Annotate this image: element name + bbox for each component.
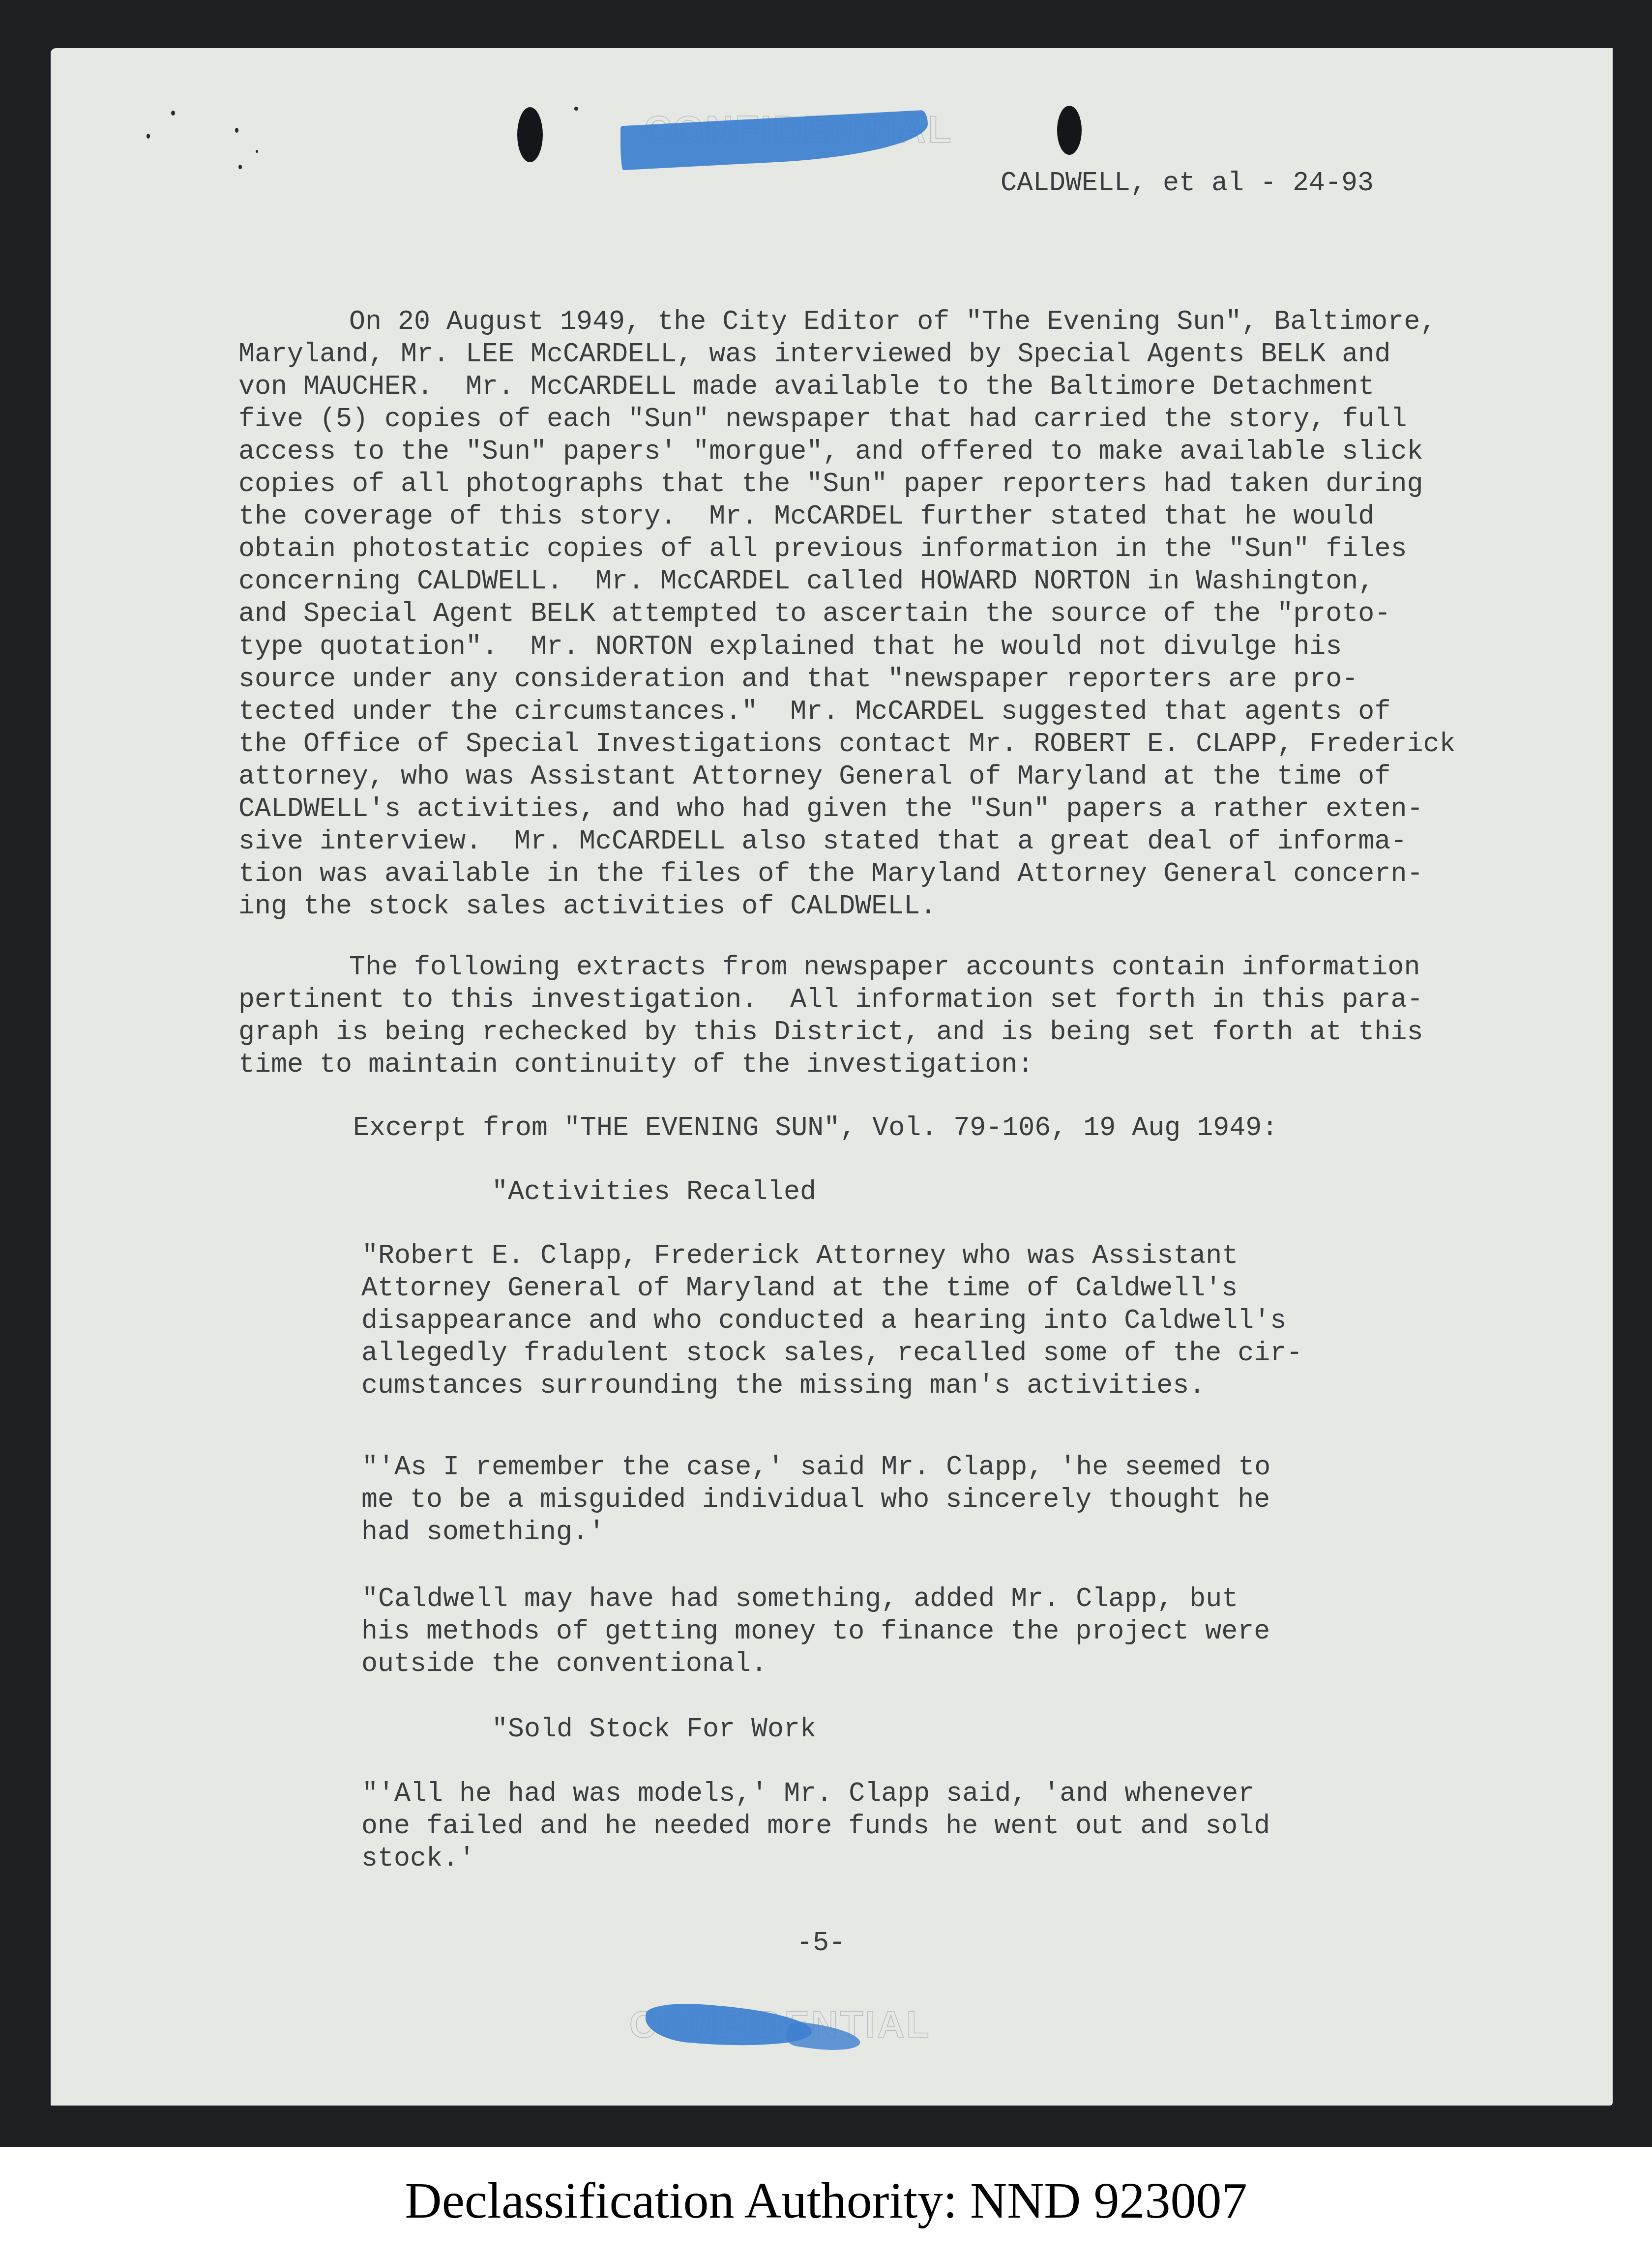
file-reference: CALDWELL, et al - 24-93 bbox=[1001, 167, 1374, 200]
text-line: Maryland, Mr. LEE McCARDELL, was intervi… bbox=[238, 338, 1390, 371]
text-line: cumstances surrounding the missing man's… bbox=[361, 1370, 1205, 1403]
text-line: access to the "Sun" papers' "morgue", an… bbox=[238, 436, 1423, 468]
text-line: CALDWELL's activities, and who had given… bbox=[238, 793, 1423, 826]
text-line: the coverage of this story. Mr. McCARDEL… bbox=[238, 500, 1374, 533]
text-line: obtain photostatic copies of all previou… bbox=[238, 533, 1407, 566]
text-line: On 20 August 1949, the City Editor of "T… bbox=[268, 306, 1436, 339]
text-line: sive interview. Mr. McCARDELL also state… bbox=[238, 825, 1407, 858]
page-number: -5- bbox=[796, 1927, 845, 1960]
text-line: concerning CALDWELL. Mr. McCARDEL called… bbox=[238, 565, 1374, 598]
paper-speck bbox=[147, 134, 150, 139]
text-line: "Caldwell may have had something, added … bbox=[313, 1583, 1238, 1616]
text-line: disappearance and who conducted a hearin… bbox=[361, 1305, 1286, 1338]
text-line: ing the stock sales activities of CALDWE… bbox=[238, 890, 936, 923]
text-line: Attorney General of Maryland at the time… bbox=[361, 1272, 1238, 1305]
text-line: "Robert E. Clapp, Frederick Attorney who… bbox=[313, 1240, 1238, 1273]
text-line: me to be a misguided individual who sinc… bbox=[361, 1484, 1270, 1517]
text-line: attorney, who was Assistant Attorney Gen… bbox=[238, 761, 1390, 793]
text-line: five (5) copies of each "Sun" newspaper … bbox=[238, 403, 1407, 436]
text-line: the Office of Special Investigations con… bbox=[238, 728, 1455, 761]
excerpt-subhead-activities-recalled: "Activities Recalled bbox=[492, 1176, 816, 1209]
text-line: copies of all photographs that the "Sun"… bbox=[238, 468, 1423, 501]
text-line: one failed and he needed more funds he w… bbox=[361, 1810, 1270, 1843]
paper-speck bbox=[574, 107, 578, 111]
excerpt-source: Excerpt from "THE EVENING SUN", Vol. 79-… bbox=[353, 1112, 1278, 1145]
paper-speck bbox=[235, 128, 238, 133]
text-line: tected under the circumstances." Mr. McC… bbox=[238, 696, 1390, 729]
text-line: stock.' bbox=[361, 1843, 475, 1875]
text-line: tion was available in the files of the M… bbox=[238, 858, 1423, 891]
paper-speck bbox=[256, 150, 258, 153]
text-line: "'As I remember the case,' said Mr. Clap… bbox=[313, 1451, 1270, 1484]
text-line: and Special Agent BELK attempted to asce… bbox=[238, 598, 1390, 631]
text-line: allegedly fradulent stock sales, recalle… bbox=[361, 1337, 1302, 1370]
paper-speck bbox=[171, 111, 175, 116]
text-line: had something.' bbox=[361, 1516, 605, 1549]
declassification-caption: Declassification Authority: NND 923007 bbox=[0, 2147, 1652, 2254]
text-line: "'All he had was models,' Mr. Clapp said… bbox=[313, 1778, 1254, 1811]
text-line: graph is being rechecked by this Distric… bbox=[238, 1016, 1423, 1049]
punch-hole-left bbox=[517, 107, 543, 162]
text-line: outside the conventional. bbox=[361, 1648, 767, 1681]
text-line: pertinent to this investigation. All inf… bbox=[238, 984, 1423, 1017]
punch-hole-right bbox=[1057, 106, 1082, 155]
text-line: type quotation". Mr. NORTON explained th… bbox=[238, 631, 1342, 664]
excerpt-subhead-sold-stock: "Sold Stock For Work bbox=[492, 1713, 816, 1746]
text-line: his methods of getting money to finance … bbox=[361, 1615, 1270, 1648]
text-line: source under any consideration and that … bbox=[238, 663, 1358, 696]
text-line: time to maintain continuity of the inves… bbox=[238, 1049, 1033, 1082]
text-line: von MAUCHER. Mr. McCARDELL made availabl… bbox=[238, 371, 1374, 404]
text-line: The following extracts from newspaper ac… bbox=[268, 951, 1420, 984]
paper-speck bbox=[238, 165, 242, 169]
